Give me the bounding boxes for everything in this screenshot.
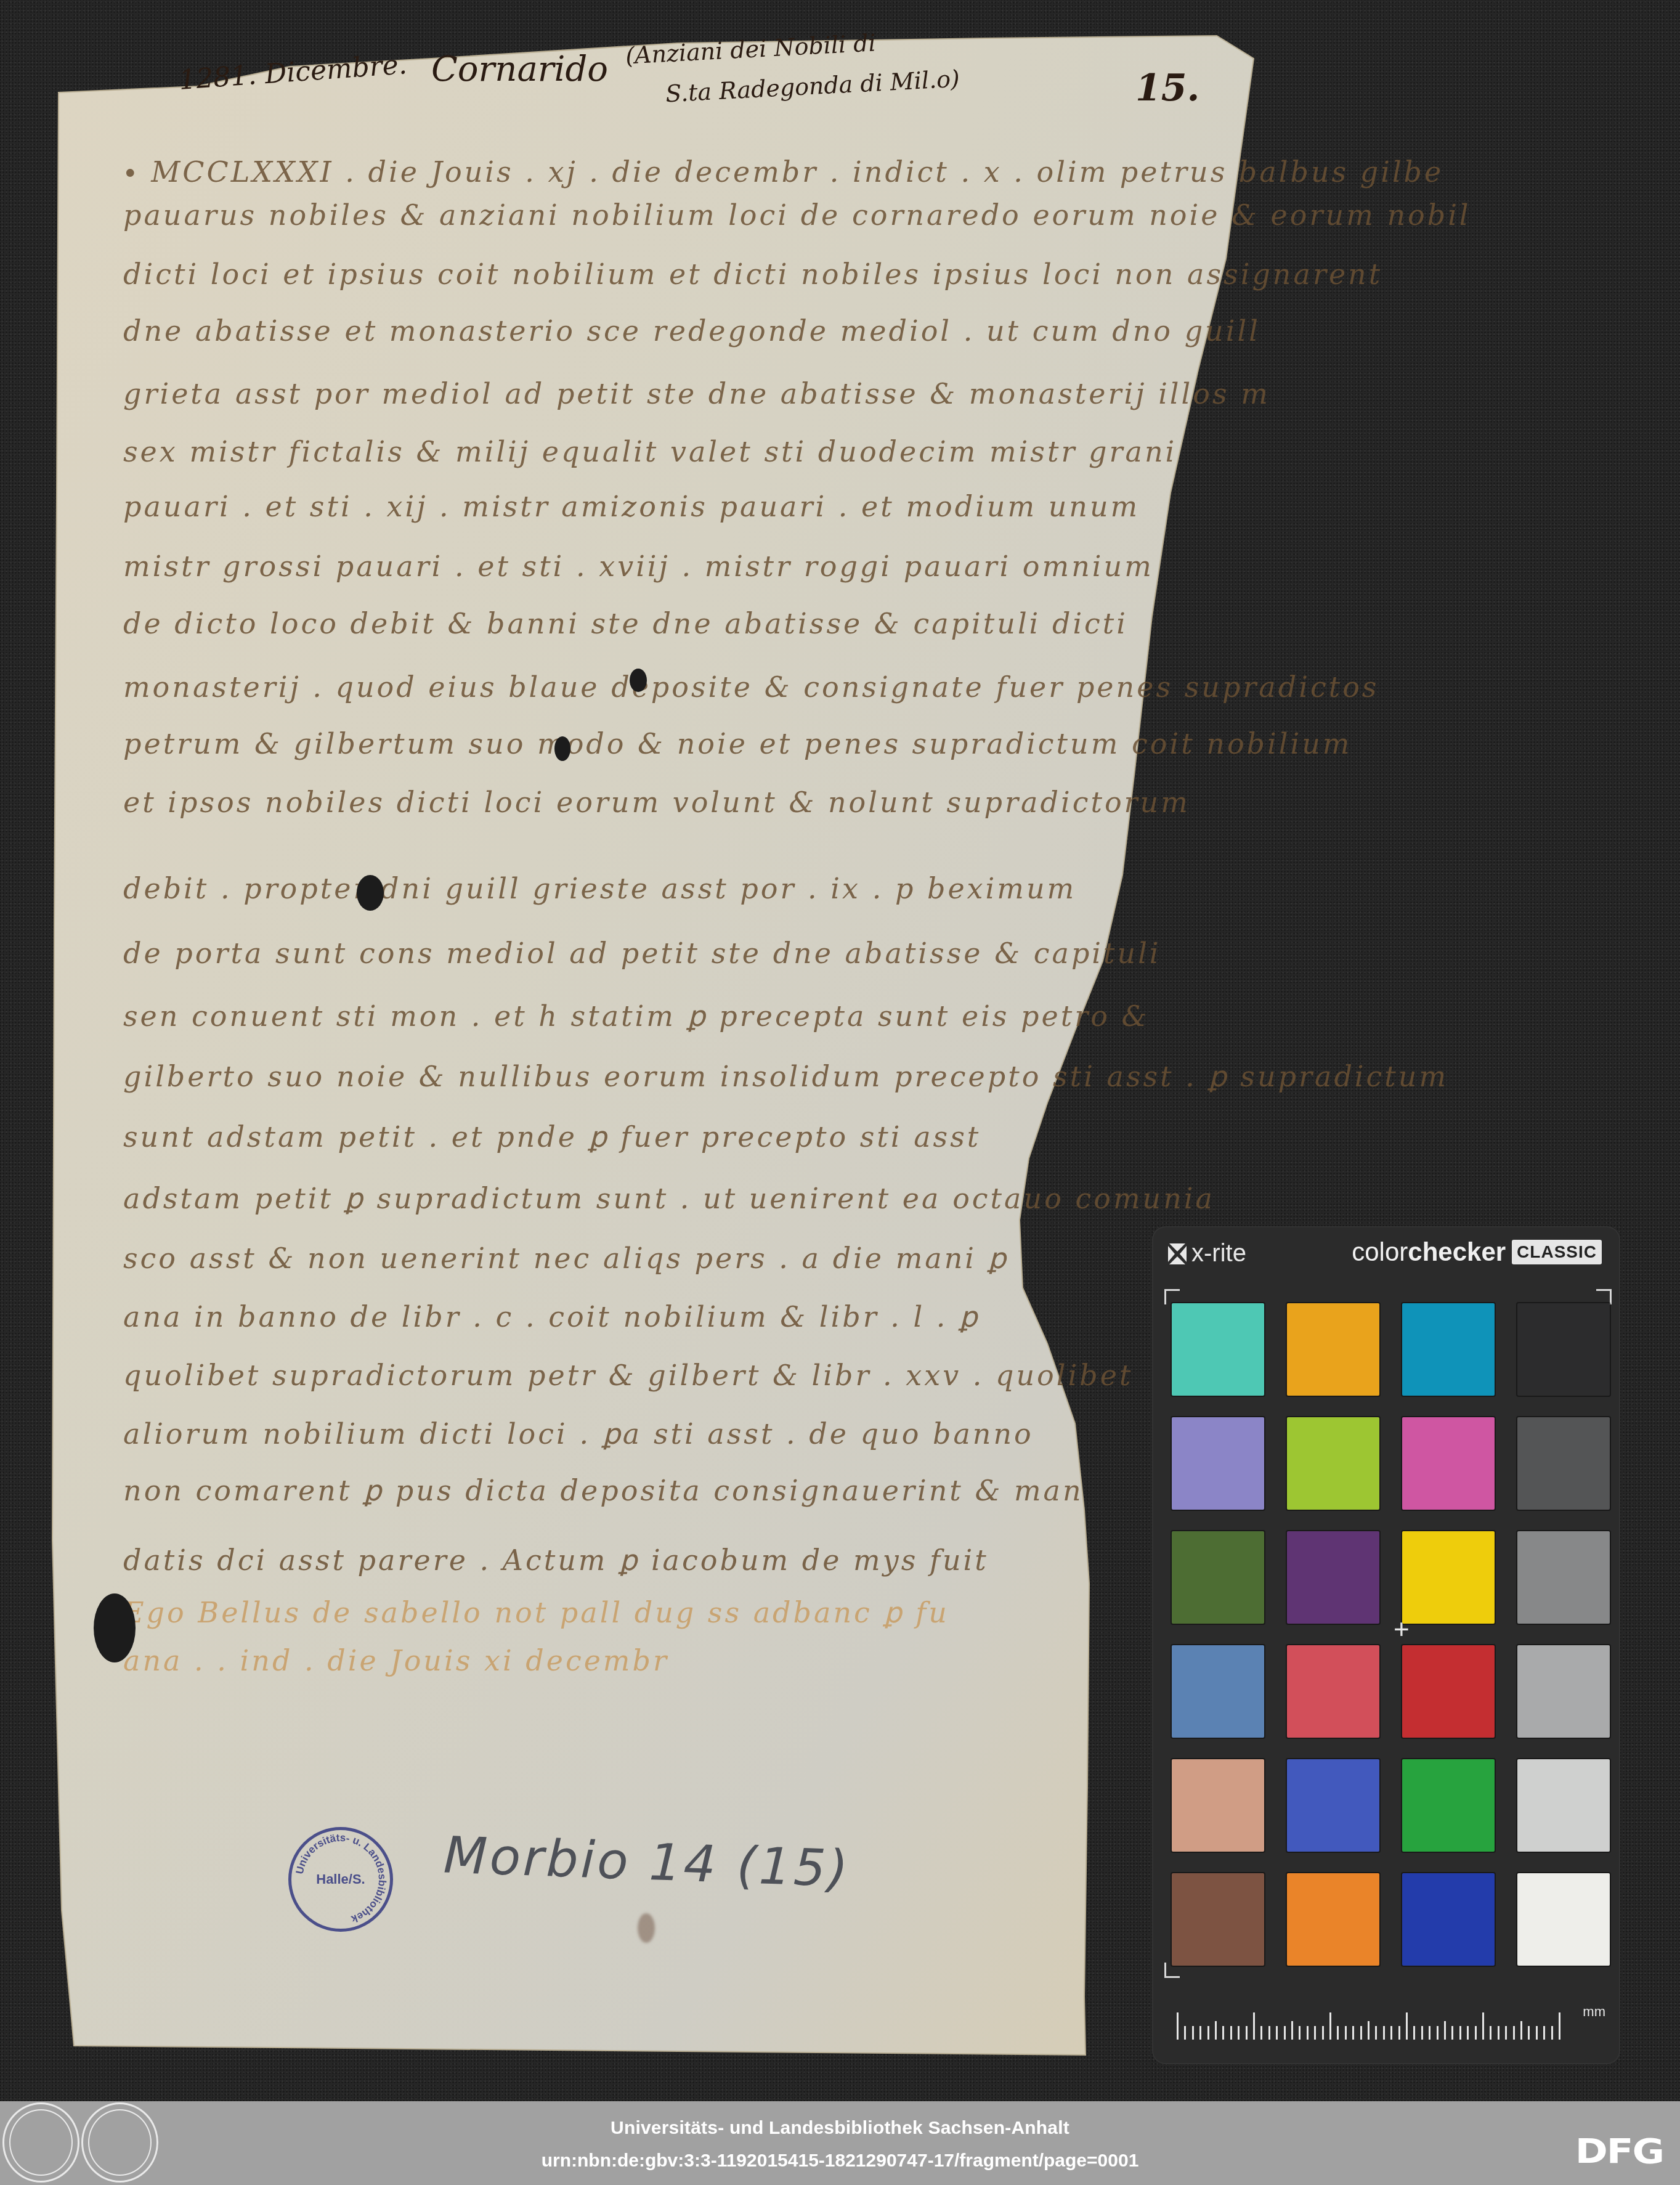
annotation-parenthetical-2: S.ta Radegonda di Mil.o) — [665, 65, 960, 108]
manuscript-line: sunt adstam petit . et pnde ꝑ fuer prece… — [123, 1120, 981, 1154]
ruler-tick — [1413, 2026, 1415, 2040]
manuscript-line: grieta asst por mediol ad petit ste dne … — [123, 377, 1270, 410]
ruler-tick — [1307, 2026, 1309, 2040]
manuscript-line: de porta sunt cons mediol ad petit ste d… — [123, 937, 1161, 970]
manuscript-line: datis dci asst parere . Actum ꝑ iacobum … — [123, 1544, 989, 1577]
manuscript-line: aliorum nobilium dicti loci . ꝑa sti ass… — [123, 1417, 1034, 1451]
folio-number: 15. — [1135, 67, 1199, 110]
color-patch — [1402, 1531, 1495, 1624]
manuscript-line: sco asst & non uenerint nec aliqs pers .… — [123, 1242, 1008, 1275]
svg-text:Universitäts- u. Landesbibliot: Universitäts- u. Landesbibliothek — [294, 1832, 389, 1926]
ruler-tick — [1444, 2021, 1446, 2040]
ruler-tick — [1536, 2026, 1538, 2040]
subscription-line: ana . . ind . die Jouis xi decembr — [123, 1644, 669, 1677]
ruler-tick — [1459, 2026, 1461, 2040]
color-patch — [1517, 1417, 1610, 1510]
manuscript-line: gilberto suo noie & nullibus eorum insol… — [123, 1060, 1448, 1093]
annotation-date: 1281. Dicembre. — [178, 49, 408, 96]
corner-mark-top-right — [1596, 1289, 1612, 1304]
ruler-tick — [1222, 2026, 1224, 2040]
ruler-tick — [1199, 2026, 1201, 2040]
ruler-tick — [1406, 2012, 1408, 2040]
ruler-tick — [1505, 2026, 1507, 2040]
ruler-tick — [1398, 2026, 1400, 2040]
ruler-tick — [1322, 2026, 1324, 2040]
stamp-ring-text: Universitäts- u. Landesbibliothek — [294, 1832, 389, 1926]
shelfmark: Morbio 14 (15) — [443, 1826, 851, 1899]
library-stamp: Universitäts- u. Landesbibliothek Halle/… — [288, 1827, 393, 1932]
classic-badge: CLASSIC — [1512, 1240, 1602, 1264]
xrite-brand-text: x-rite — [1191, 1240, 1246, 1267]
ruler-tick — [1390, 2026, 1392, 2040]
color-patch — [1172, 1417, 1264, 1510]
annotation-parenthetical-1: (Anziani dei Nobili di — [625, 29, 877, 69]
university-seals — [2, 2102, 163, 2184]
ruler-tick — [1451, 2026, 1453, 2040]
ruler-tick — [1177, 2012, 1179, 2040]
color-patch — [1172, 1303, 1264, 1396]
color-patch — [1287, 1303, 1379, 1396]
ruler-tick — [1192, 2026, 1194, 2040]
urn-identifier: urn:nbn:de:gbv:3:3-1192015415-1821290747… — [0, 2150, 1680, 2171]
ruler-tick — [1268, 2026, 1270, 2040]
ruler-tick — [1528, 2026, 1530, 2040]
color-patch — [1402, 1759, 1495, 1852]
ruler-tick — [1490, 2026, 1491, 2040]
colorchecker-title-light: color — [1352, 1237, 1408, 1267]
manuscript-line: monasterij . quod eius blaue deposite & … — [123, 670, 1379, 704]
ruler-tick — [1543, 2026, 1545, 2040]
ruler-tick — [1482, 2012, 1484, 2040]
manuscript-line: dne abatisse et monasterio sce redegonde… — [123, 314, 1260, 348]
manuscript-line: non comarent ꝑ pus dicta deposita consig… — [123, 1474, 1084, 1507]
stamp-center-text: Halle/S. — [316, 1871, 365, 1887]
manuscript-line: pauari . et sti . xij . mistr amizonis p… — [123, 490, 1140, 523]
ruler-tick — [1260, 2026, 1262, 2040]
color-patch — [1517, 1759, 1610, 1852]
color-patch — [1517, 1531, 1610, 1624]
crosshair-mark: + — [1394, 1616, 1410, 1643]
ruler-tick — [1513, 2026, 1515, 2040]
color-patch — [1172, 1645, 1264, 1738]
parchment-stain — [638, 1913, 655, 1943]
colorchecker-title: color checker CLASSIC — [1352, 1237, 1602, 1267]
color-patch — [1287, 1417, 1379, 1510]
ruler-tick — [1383, 2026, 1385, 2040]
ruler-tick — [1337, 2026, 1339, 2040]
manuscript-line: de dicto loco debit & banni ste dne abat… — [123, 607, 1128, 640]
manuscript-line: adstam petit ꝑ supradictum sunt . ut uen… — [123, 1182, 1215, 1215]
manuscript-line: quolibet supradictorum petr & gilbert & … — [123, 1359, 1133, 1392]
ruler-tick — [1345, 2026, 1347, 2040]
ruler-tick — [1314, 2026, 1316, 2040]
ruler-tick — [1284, 2026, 1286, 2040]
xrite-logo: x-rite — [1168, 1240, 1246, 1267]
color-patch — [1172, 1531, 1264, 1624]
ruler-tick — [1437, 2026, 1439, 2040]
mm-ruler: mm — [1177, 2009, 1571, 2040]
manuscript-line: et ipsos nobiles dicti loci eorum volunt… — [123, 786, 1190, 819]
ruler-tick — [1520, 2021, 1522, 2040]
color-patch — [1402, 1645, 1495, 1738]
ruler-tick — [1352, 2026, 1354, 2040]
ruler-tick — [1559, 2012, 1560, 2040]
parchment-hole — [94, 1593, 136, 1662]
color-patch — [1172, 1759, 1264, 1852]
color-patch — [1172, 1873, 1264, 1966]
color-patch — [1287, 1759, 1379, 1852]
manuscript-line: mistr grossi pauari . et sti . xviij . m… — [123, 550, 1154, 583]
corner-mark-top-left — [1164, 1289, 1180, 1304]
parchment-hole — [554, 736, 570, 761]
parchment-hole — [357, 875, 384, 911]
manuscript-line: petrum & gilbertum suo modo & noie et pe… — [123, 727, 1352, 760]
manuscript-line: ana in banno de libr . c . coit nobilium… — [123, 1300, 980, 1333]
color-patch — [1402, 1303, 1495, 1396]
ruler-unit-label: mm — [1583, 2004, 1605, 2020]
ruler-tick — [1498, 2026, 1499, 2040]
manuscript-line: dicti loci et ipsius coit nobilium et di… — [123, 258, 1382, 291]
color-patch — [1287, 1645, 1379, 1738]
footer-bar: Universitäts- und Landesbibliothek Sachs… — [0, 2101, 1680, 2185]
ruler-tick — [1368, 2021, 1370, 2040]
color-patch — [1402, 1873, 1495, 1966]
ruler-tick — [1276, 2026, 1278, 2040]
ruler-tick — [1475, 2026, 1477, 2040]
ruler-tick — [1375, 2026, 1377, 2040]
institution-name: Universitäts- und Landesbibliothek Sachs… — [0, 2118, 1680, 2139]
ruler-tick — [1551, 2026, 1553, 2040]
color-patch — [1402, 1417, 1495, 1510]
ruler-tick — [1207, 2026, 1209, 2040]
manuscript-line: ∙ MCCLXXXI . die Jouis . xj . die decemb… — [123, 155, 1443, 189]
manuscript-line: pauarus nobiles & anziani nobilium loci … — [123, 198, 1471, 232]
ruler-tick — [1291, 2021, 1293, 2040]
ruler-tick — [1467, 2026, 1469, 2040]
parchment-hole — [630, 669, 647, 692]
ruler-tick — [1429, 2026, 1430, 2040]
ruler-tick — [1421, 2026, 1423, 2040]
color-patch — [1517, 1303, 1610, 1396]
dfg-logo: DFG — [1575, 2133, 1663, 2171]
color-checker-header: x-rite color checker CLASSIC — [1152, 1226, 1620, 1263]
annotation-title: Cornarido — [431, 49, 608, 89]
subscription-line: Ego Bellus de sabello not pall dug ss ad… — [123, 1596, 949, 1629]
colorchecker-title-bold: checker — [1408, 1237, 1506, 1267]
color-patch-grid — [1172, 1303, 1603, 1966]
manuscript-line: debit . propter dni guill grieste asst p… — [123, 872, 1076, 905]
ruler-tick — [1238, 2026, 1240, 2040]
ruler-tick — [1329, 2012, 1331, 2040]
ruler-tick — [1230, 2026, 1232, 2040]
ruler-tick — [1360, 2026, 1362, 2040]
color-checker-card: x-rite color checker CLASSIC + mm — [1152, 1226, 1620, 2064]
color-patch — [1287, 1531, 1379, 1624]
manuscript-line: sex mistr fictalis & milij equalit valet… — [123, 435, 1177, 468]
color-patch — [1517, 1873, 1610, 1966]
color-patch — [1517, 1645, 1610, 1738]
color-patch — [1287, 1873, 1379, 1966]
ruler-tick — [1215, 2021, 1217, 2040]
manuscript-line: sen conuent sti mon . et h statim ꝑ prec… — [123, 999, 1150, 1033]
ruler-tick — [1246, 2026, 1248, 2040]
ruler-tick — [1299, 2026, 1301, 2040]
ruler-tick — [1253, 2012, 1255, 2040]
xrite-icon — [1168, 1242, 1187, 1266]
ruler-tick — [1184, 2026, 1186, 2040]
